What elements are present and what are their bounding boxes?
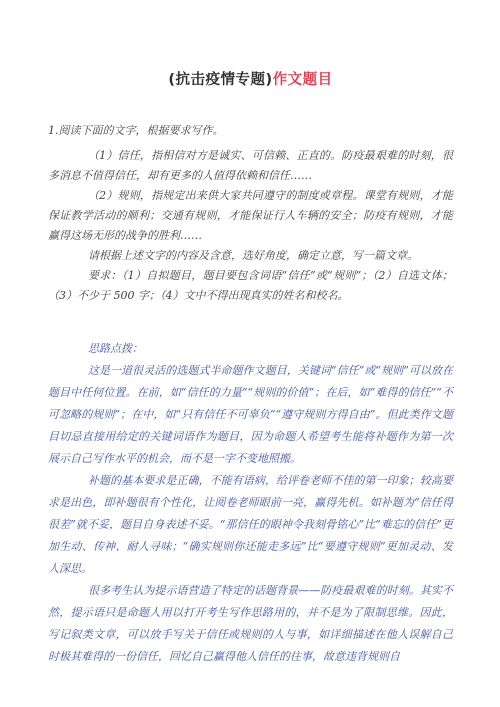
tips-paragraph-1: 这是一道很灵活的选题式半命题作文题目，关键词“信任”或“规则”可以放在题目中任何… [48, 360, 453, 470]
requirements-paragraph: 要求：（1）自拟题目，题目要包含词语“信任”或“规则”；（2）自选文体；（3）不… [48, 266, 453, 306]
tips-paragraph-2: 补题的基本要求是正确，不能有语病，给评卷老师不佳的第一印象；较高要求是出色，即补… [48, 470, 453, 580]
task-paragraph: 请根据上述文字的内容及含意，选好角度，确定立意，写一篇文章。 [48, 246, 453, 266]
document-title: (抗击疫情专题)作文题目 [48, 70, 453, 91]
material-paragraph-2: （2）规则，指规定出来供大家共同遵守的制度或章程。课堂有规则，才能保证教学活动的… [48, 186, 453, 246]
title-prefix: (抗击疫情专题) [168, 72, 272, 88]
tips-section: 思路点拨： 这是一道很灵活的选题式半命题作文题目，关键词“信任”或“规则”可以放… [48, 338, 453, 668]
tips-heading: 思路点拨： [48, 338, 453, 360]
material-paragraph-1: （1）信任，指相信对方是诚实、可信赖、正直的。防疫最艰难的时刻，很多消息不值得信… [48, 146, 453, 186]
exam-intro-line: 1.阅读下面的文字，根据要求写作。 [48, 121, 453, 141]
exam-section: 1.阅读下面的文字，根据要求写作。 （1）信任，指相信对方是诚实、可信赖、正直的… [48, 121, 453, 306]
tips-paragraph-3: 很多考生认为提示语营造了特定的话题背景——防疫最艰难的时刻。其实不然，提示语只是… [48, 580, 453, 668]
document-page: (抗击疫情专题)作文题目 1.阅读下面的文字，根据要求写作。 （1）信任，指相信… [0, 0, 500, 707]
title-highlight: 作文题目 [273, 72, 333, 88]
